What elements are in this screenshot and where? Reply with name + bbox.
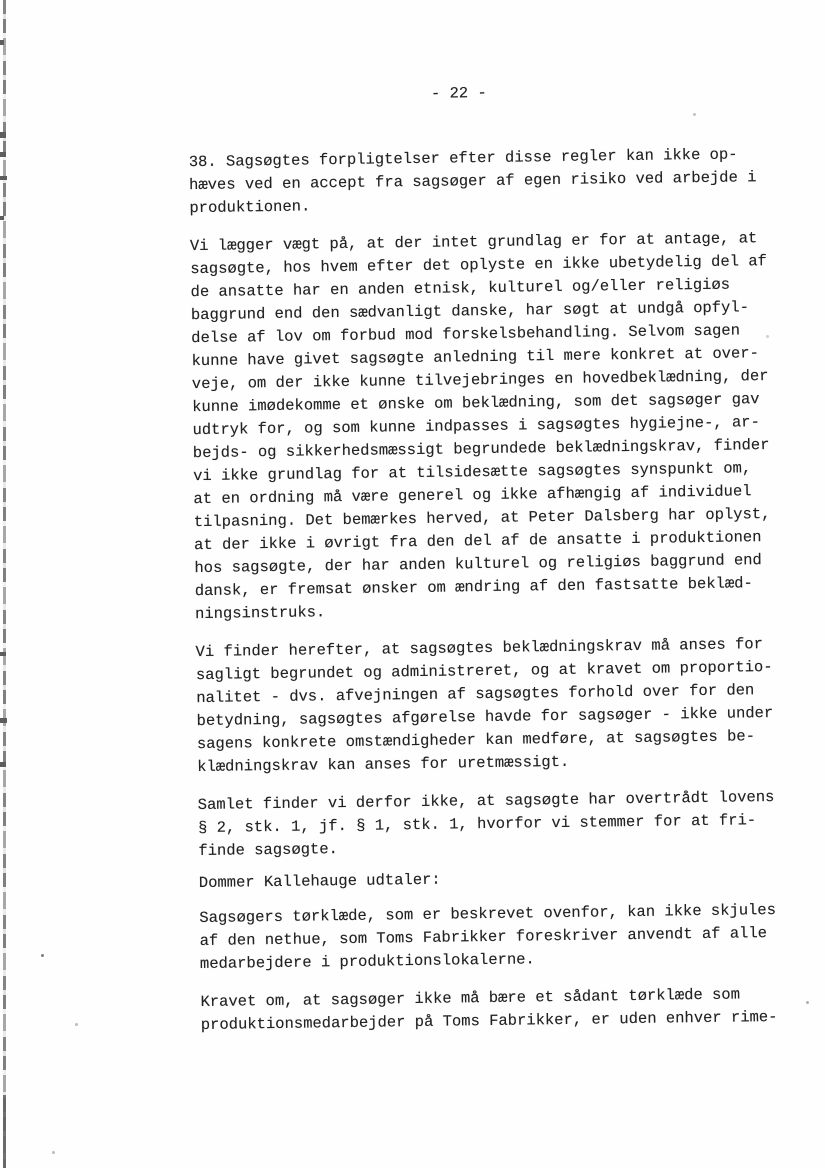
scan-artifact-mark <box>0 762 6 767</box>
paragraph-vi-finder-herefter: Vi finder herefter, at sagsøgtes beklædn… <box>195 633 783 779</box>
scan-artifact-line-bottom <box>3 1095 6 1168</box>
paragraph-dommer-kallehauge: Dommer Kallehauge udtaler: <box>199 864 785 895</box>
document-page: - 22 - 38. Sagsøgtes forpligtelser efter… <box>0 0 825 1168</box>
page-content: - 22 - 38. Sagsøgtes forpligtelser efter… <box>188 78 787 1037</box>
paragraph-kravet-om: Kravet om, at sagsøger ikke må bære et s… <box>200 983 787 1037</box>
scan-artifact-mark <box>0 216 4 220</box>
scan-speck <box>75 1023 78 1026</box>
page-number: - 22 - <box>166 78 752 109</box>
scan-artifact-mark <box>0 176 7 180</box>
scan-speck <box>41 954 44 957</box>
scan-artifact-mark <box>0 652 6 656</box>
scan-artifact-mark <box>0 132 6 138</box>
scan-artifact-mark <box>0 718 7 723</box>
paragraph-sagsoegers-toerklaede: Sagsøgers tørklæde, som er beskrevet ove… <box>199 899 786 976</box>
paragraph-samlet-finder: Samlet finder vi derfor ikke, at sagsøgt… <box>198 786 785 863</box>
scan-artifact-mark <box>0 152 6 157</box>
scan-artifact-mark <box>0 40 4 45</box>
paragraph-vi-laegger-vaegt: Vi lægger vægt på, at der intet grundlag… <box>190 227 781 626</box>
scan-speck <box>806 1001 809 1004</box>
scan-speck <box>52 1151 55 1154</box>
paragraph-38-sagsoegtes-forpligtelser: 38. Sagsøgtes forpligtelser efter disse … <box>189 143 776 220</box>
